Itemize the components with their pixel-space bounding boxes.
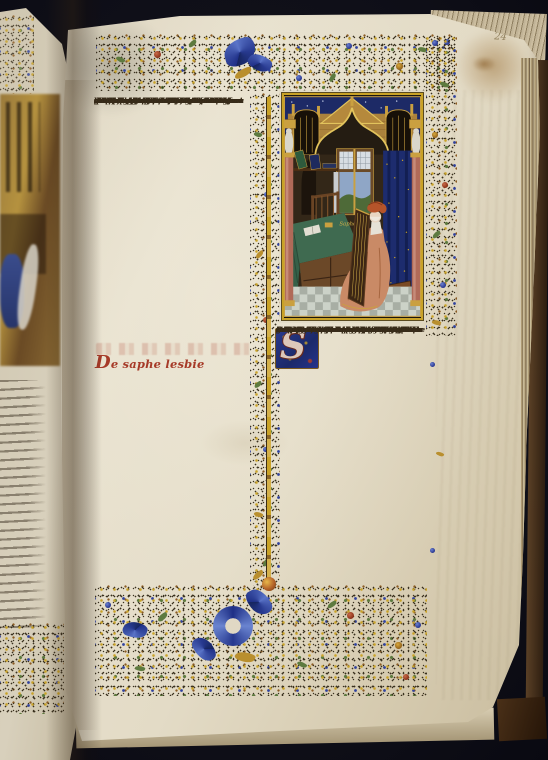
acanthus-ornament xyxy=(121,618,149,641)
gold-bar-border xyxy=(266,97,271,583)
facing-floral-fragment xyxy=(0,622,64,714)
green-leaf xyxy=(156,612,169,623)
green-leaf xyxy=(115,55,125,65)
blue-flower xyxy=(415,622,421,628)
ivy-border-top xyxy=(96,33,456,91)
red-flower xyxy=(154,51,161,58)
window xyxy=(334,149,374,215)
book-cover-corner xyxy=(497,697,547,741)
green-leaf xyxy=(431,230,441,239)
green-leaf xyxy=(187,39,197,48)
gold-berry xyxy=(396,63,403,70)
facing-top-border xyxy=(0,14,34,94)
acanthus-ornament xyxy=(190,633,219,665)
blue-flower xyxy=(105,602,111,608)
facing-text-fragment xyxy=(0,380,46,628)
acanthus-spiral xyxy=(213,606,253,646)
miniature-label: Sapho xyxy=(339,221,356,227)
gold-leaf xyxy=(234,649,256,665)
green-leaf xyxy=(253,381,262,389)
gold-leaf xyxy=(233,66,253,80)
green-leaf xyxy=(328,73,338,83)
facing-miniature-fragment xyxy=(0,94,60,366)
sappho-miniature: Sapho xyxy=(282,93,423,320)
gold-berry xyxy=(395,642,402,649)
green-leaf xyxy=(439,80,449,89)
stain xyxy=(472,56,496,72)
red-flower xyxy=(347,612,354,619)
red-flower xyxy=(442,182,448,188)
blue-flower xyxy=(432,40,438,46)
rubric-chapter-heading: De saphe lesbie xyxy=(95,356,245,371)
gold-leaf xyxy=(253,510,263,519)
gold-berry xyxy=(432,132,438,138)
blue-flower xyxy=(296,75,302,81)
ivy-border-right xyxy=(426,36,457,336)
blue-flower xyxy=(430,362,435,367)
blue-flower xyxy=(346,43,352,49)
manuscript-photo: 24 xyxy=(0,0,548,760)
red-flower xyxy=(403,674,409,680)
blue-flower xyxy=(440,282,446,288)
gold-leaf xyxy=(431,318,441,326)
text-column-left: ble et fort amee lors que encores lesric… xyxy=(94,96,256,346)
show-through-text xyxy=(96,343,256,355)
blue-flower xyxy=(430,548,435,553)
green-leaf xyxy=(296,660,307,670)
miniature-scene: Sapho xyxy=(284,95,421,318)
facing-building-windows xyxy=(6,102,40,192)
gold-knob xyxy=(262,577,276,591)
green-leaf xyxy=(134,664,145,672)
text-column-right: aphe lesbie fut vne pucelle de la cite d… xyxy=(276,325,426,591)
parchment-page: 24 xyxy=(0,0,548,760)
ivy-border-bottom xyxy=(95,584,427,696)
green-leaf xyxy=(326,600,337,609)
